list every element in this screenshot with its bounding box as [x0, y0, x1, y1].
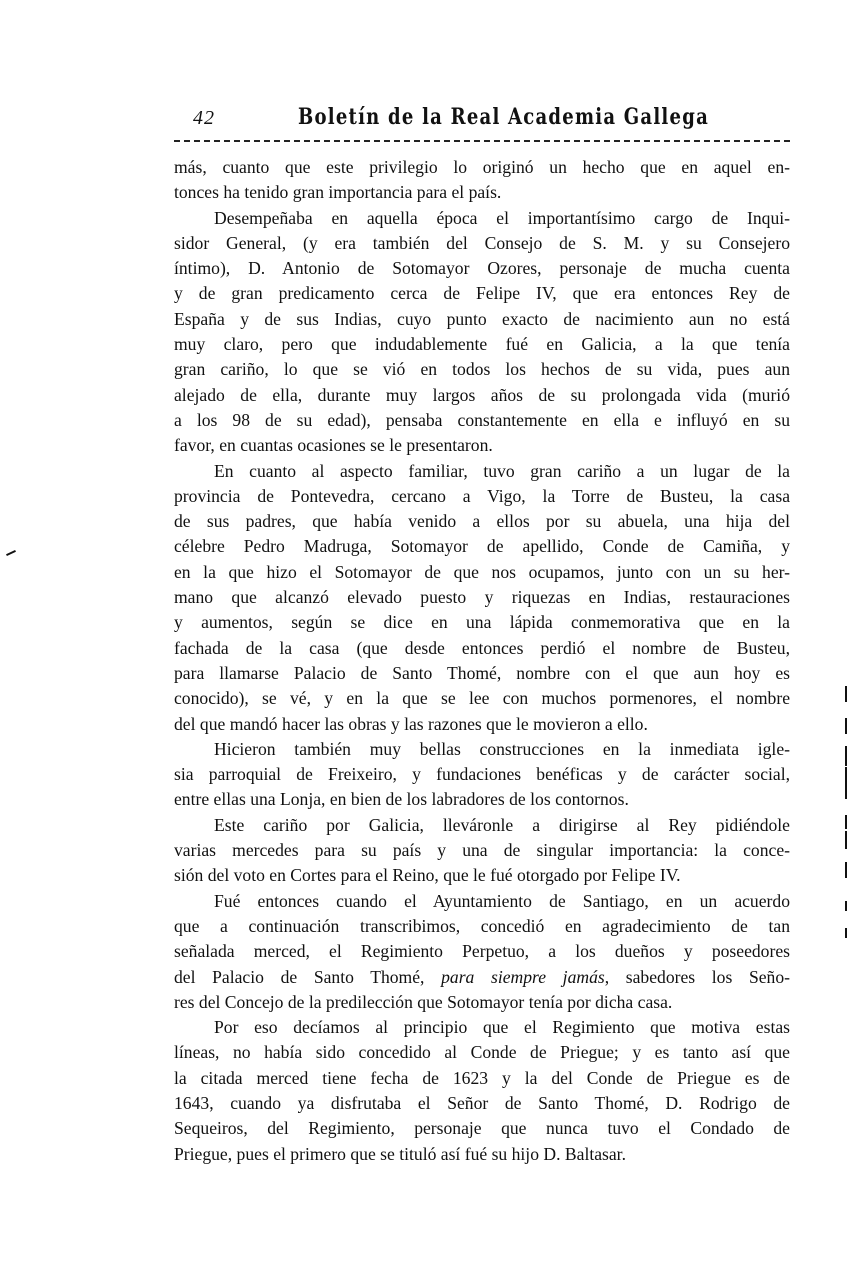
text-line: provincia de Pontevedra, cercano a Vigo,… [174, 484, 790, 509]
text-line: señalada merced, el Regimiento Perpetuo,… [174, 939, 790, 964]
text-line: de sus padres, que había venido a ellos … [174, 509, 790, 534]
paragraph: Fué entonces cuando el Ayuntamiento de S… [174, 889, 790, 1015]
text-line: gran cariño, lo que se vió en todos los … [174, 357, 790, 382]
margin-line-mark [845, 746, 847, 766]
text-line: tonces ha tenido gran importancia para e… [174, 180, 790, 205]
text-line: para llamarse Palacio de Santo Thomé, no… [174, 661, 790, 686]
text-line: Priegue, pues el primero que se tituló a… [174, 1142, 790, 1167]
text-line: sia parroquial de Freixeiro, y fundacion… [174, 762, 790, 787]
text-line: y aumentos, según se dice en una lápida … [174, 610, 790, 635]
page-number: 42 [193, 107, 215, 130]
text-line: del Palacio de Santo Thomé, para siempre… [174, 965, 790, 990]
text-line: Sequeiros, del Regimiento, personaje que… [174, 1116, 790, 1141]
header-rule [174, 140, 790, 142]
text-line: Fué entonces cuando el Ayuntamiento de S… [174, 889, 790, 914]
paragraph: Por eso decíamos al principio que el Reg… [174, 1015, 790, 1167]
text-line: y de gran predicamento cerca de Felipe I… [174, 281, 790, 306]
text-line: a los 98 de su edad), pensaba constantem… [174, 408, 790, 433]
text-line: En cuanto al aspecto familiar, tuvo gran… [174, 459, 790, 484]
text-line: conocido), se vé, y en la que se lee con… [174, 686, 790, 711]
text-line: líneas, no había sido concedido al Conde… [174, 1040, 790, 1065]
text-line: Este cariño por Galicia, lleváronle a di… [174, 813, 790, 838]
text-line: entre ellas una Lonja, en bien de los la… [174, 787, 790, 812]
text-line: res del Concejo de la predilección que S… [174, 990, 790, 1015]
text-line: en la que hizo el Sotomayor de que nos o… [174, 560, 790, 585]
text-line: más, cuanto que este privilegio lo origi… [174, 155, 790, 180]
text-line: favor, en cuantas ocasiones se le presen… [174, 433, 790, 458]
text-line: que a continuación transcribimos, conced… [174, 914, 790, 939]
text-line: España y de sus Indias, cuyo punto exact… [174, 307, 790, 332]
paragraph: En cuanto al aspecto familiar, tuvo gran… [174, 459, 790, 737]
margin-line-mark [845, 928, 847, 938]
paragraph: Desempeñaba en aquella época el importan… [174, 206, 790, 459]
text-line: Hicieron también muy bellas construccion… [174, 737, 790, 762]
running-title: Boletín de la Real Academia Gallega [298, 104, 709, 130]
text-line: célebre Pedro Madruga, Sotomayor de apel… [174, 534, 790, 559]
text-line: sidor General, (y era también del Consej… [174, 231, 790, 256]
margin-stray-mark [6, 550, 16, 556]
text-line: la citada merced tiene fecha de 1623 y l… [174, 1066, 790, 1091]
margin-line-mark [845, 686, 847, 702]
text-line: fachada de la casa (que desde entonces p… [174, 636, 790, 661]
text-line: 1643, cuando ya disfrutaba el Señor de S… [174, 1091, 790, 1116]
italic-phrase: para siempre jamás [441, 967, 605, 987]
text-line: sión del voto en Cortes para el Reino, q… [174, 863, 790, 888]
text-line: muy claro, pero que indudablemente fué e… [174, 332, 790, 357]
margin-line-mark [845, 767, 847, 799]
paragraph: Hicieron también muy bellas construccion… [174, 737, 790, 813]
margin-line-mark [845, 815, 847, 829]
text-line: varias mercedes para su país y una de si… [174, 838, 790, 863]
margin-line-mark [845, 901, 847, 911]
text-line: del que mandó hacer las obras y las razo… [174, 712, 790, 737]
text-line: Por eso decíamos al principio que el Reg… [174, 1015, 790, 1040]
body-text: más, cuanto que este privilegio lo origi… [174, 155, 790, 1167]
margin-line-mark [845, 831, 847, 849]
margin-line-mark [845, 718, 847, 734]
margin-line-mark [845, 862, 847, 878]
paragraph: más, cuanto que este privilegio lo origi… [174, 155, 790, 206]
text-line: alejado de ella, durante muy largos años… [174, 383, 790, 408]
text-line: mano que alcanzó elevado puesto y riquez… [174, 585, 790, 610]
text-line: íntimo), D. Antonio de Sotomayor Ozores,… [174, 256, 790, 281]
text-line: Desempeñaba en aquella época el importan… [174, 206, 790, 231]
paragraph: Este cariño por Galicia, lleváronle a di… [174, 813, 790, 889]
